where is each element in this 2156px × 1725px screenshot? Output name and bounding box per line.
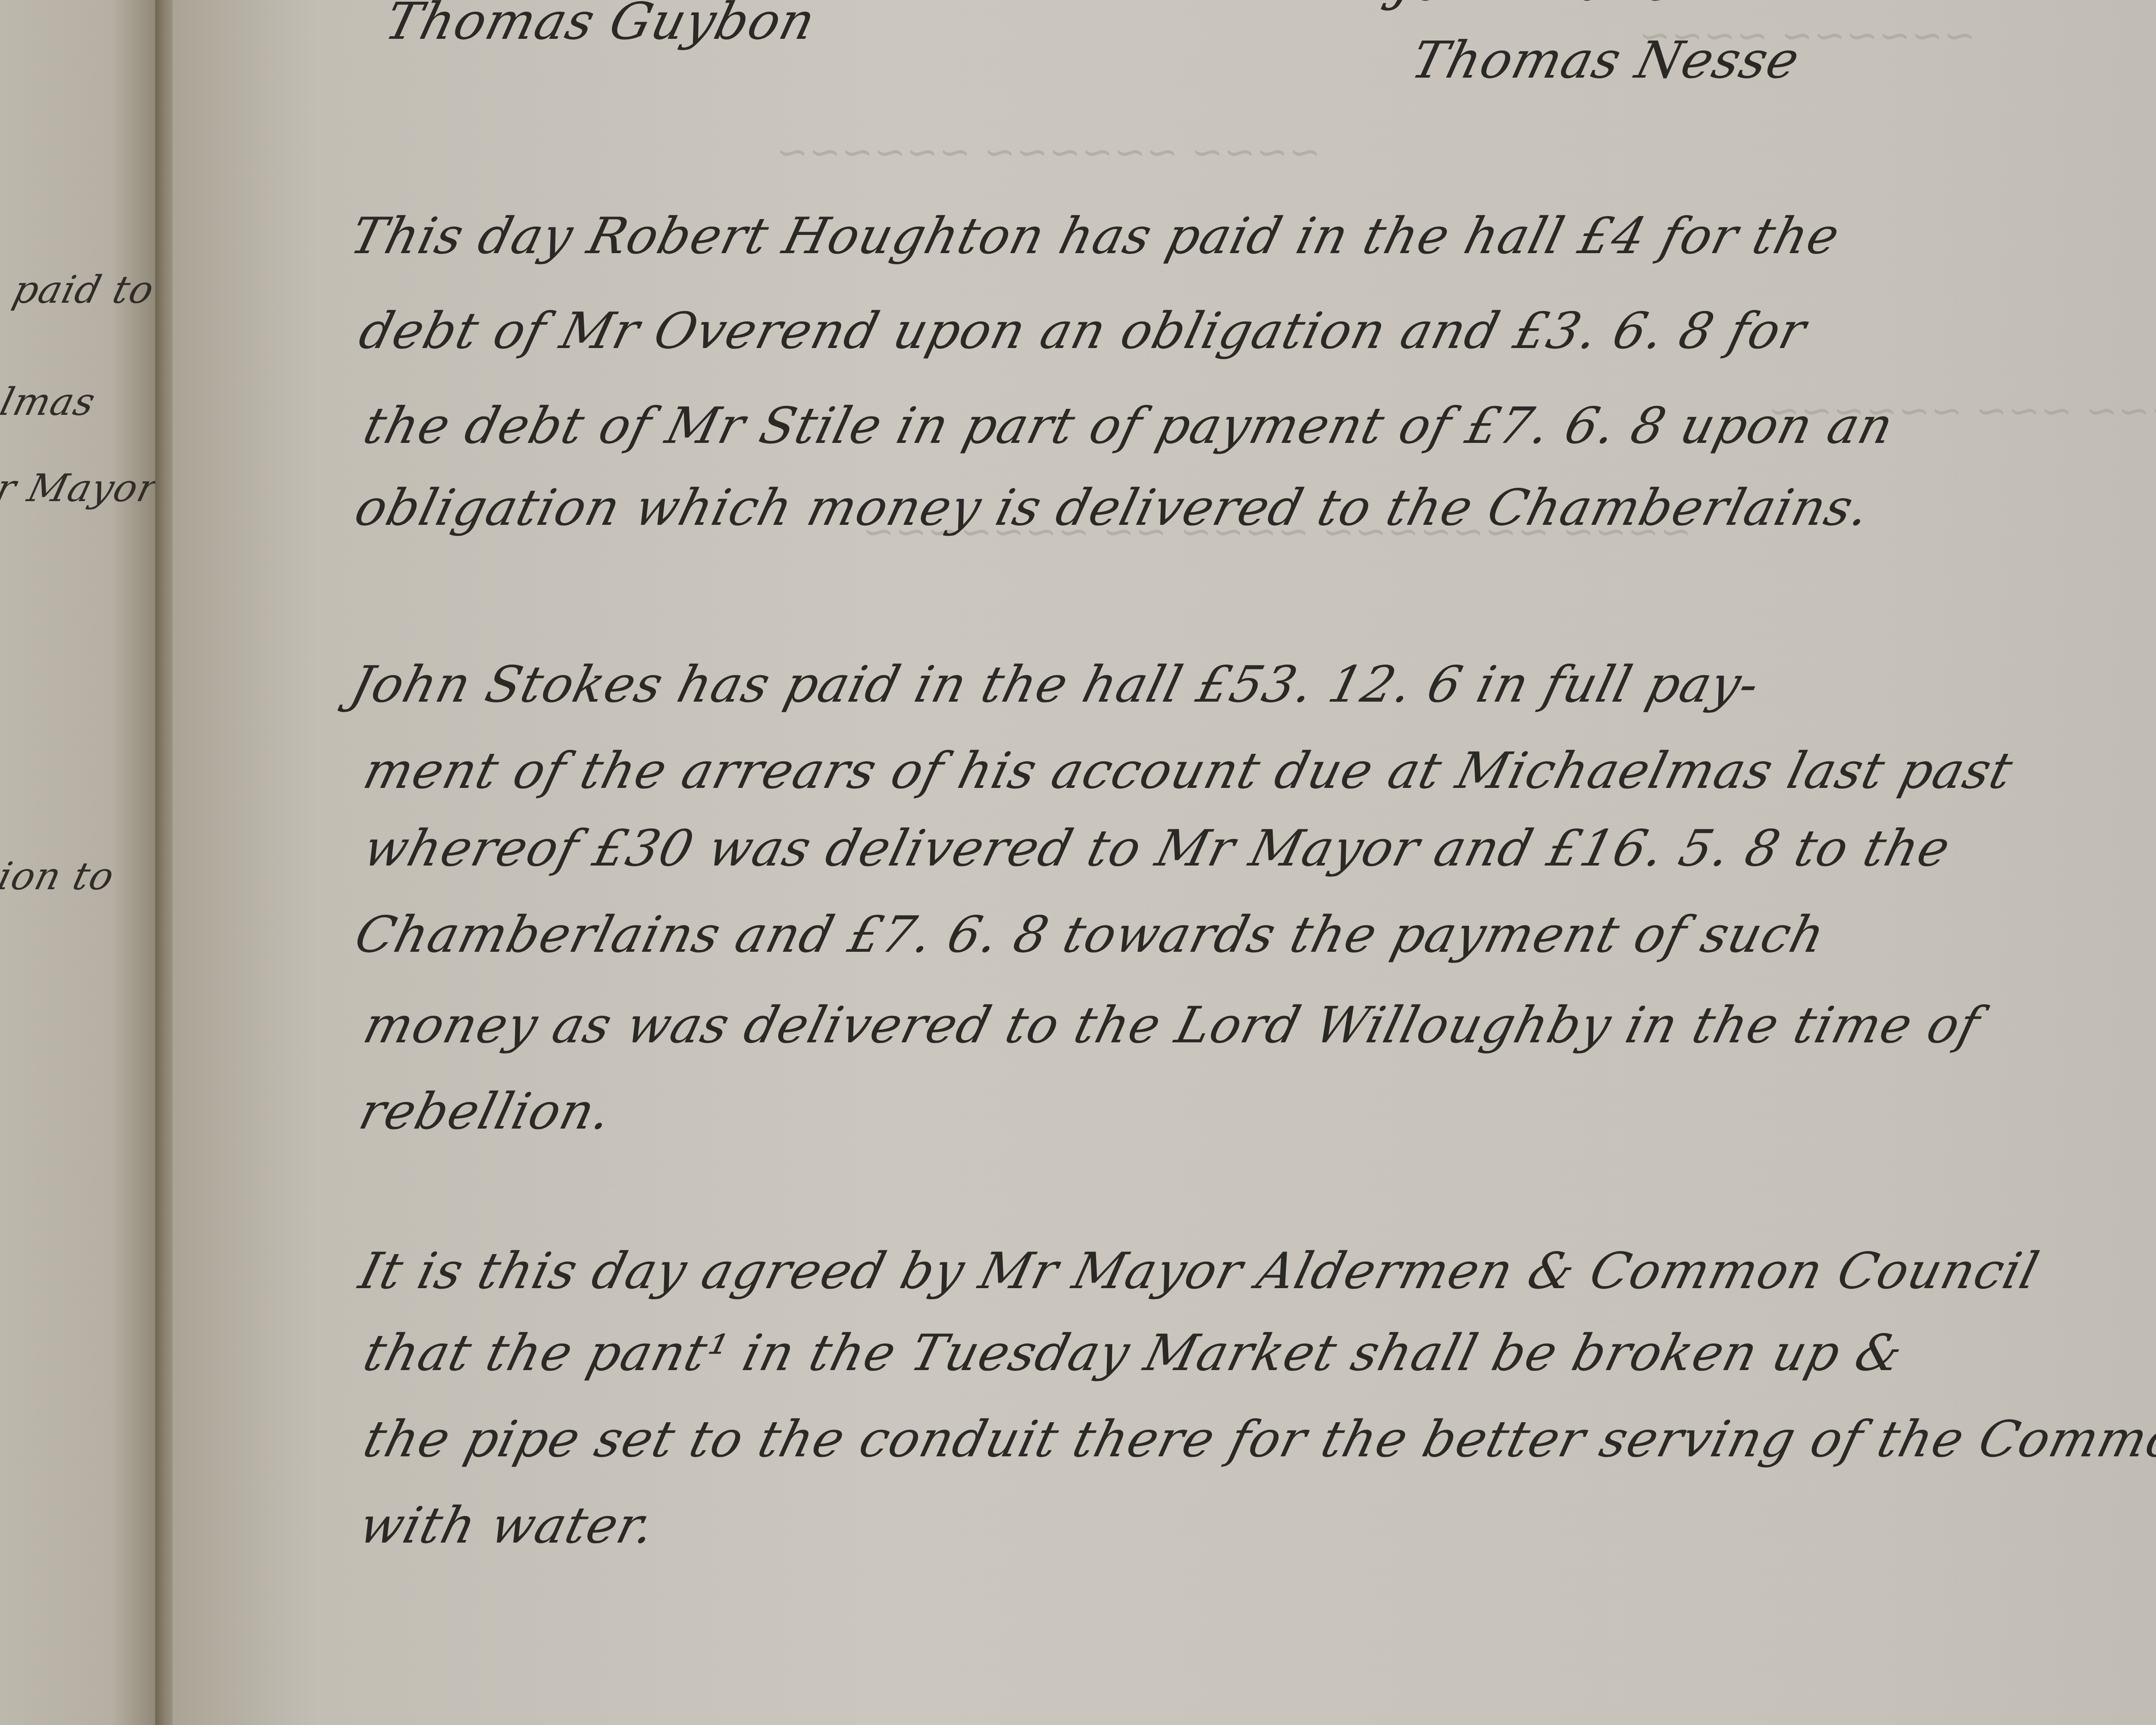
entry-line: money as was delivered to the Lord Willo… — [358, 996, 1986, 1054]
margin-note: paid to — [9, 267, 159, 312]
entry-line: Chamberlains and £7. 6. 8 towards the pa… — [349, 906, 1831, 964]
signature-right-top: John Walle — [1388, 0, 1686, 12]
signature-left: Thomas Guybon — [379, 0, 822, 51]
margin-note: lmas — [0, 379, 100, 424]
bleed-through: ~~~~ ~~~~~~ ~~~~~~ — [772, 129, 1325, 175]
entry-line: John Stokes has paid in the hall £53. 12… — [345, 655, 1766, 714]
right-page: ~~~~~~ ~~~~ ~~~~ ~~~~~~ ~~~~~~ ~~~~~ ~~~… — [172, 0, 2156, 1725]
entry-line: rebellion. — [354, 1082, 618, 1141]
entry-line: debt of Mr Overend upon an obligation an… — [354, 302, 1812, 360]
entry-line: ment of the arrears of his account due a… — [358, 742, 2019, 800]
entry-line: obligation which money is delivered to t… — [349, 479, 1876, 537]
entry-line: whereof £30 was delivered to Mr Mayor an… — [358, 819, 1956, 878]
entry-line: with water. — [354, 1496, 661, 1555]
entry-line: This day Robert Houghton has paid in the… — [345, 207, 1846, 265]
left-page: paid to lmas r Mayor ion to — [0, 0, 160, 1725]
signature-right: Thomas Nesse — [1406, 30, 1806, 90]
entry-line: the pipe set to the conduit there for th… — [358, 1410, 2156, 1468]
entry-line: It is this day agreed by Mr Mayor Alderm… — [354, 1242, 2045, 1300]
entry-line: that the pant¹ in the Tuesday Market sha… — [358, 1324, 1909, 1382]
entry-line: the debt of Mr Stile in part of payment … — [358, 397, 1900, 455]
margin-note: ion to — [0, 854, 119, 898]
margin-note: r Mayor — [0, 466, 160, 510]
